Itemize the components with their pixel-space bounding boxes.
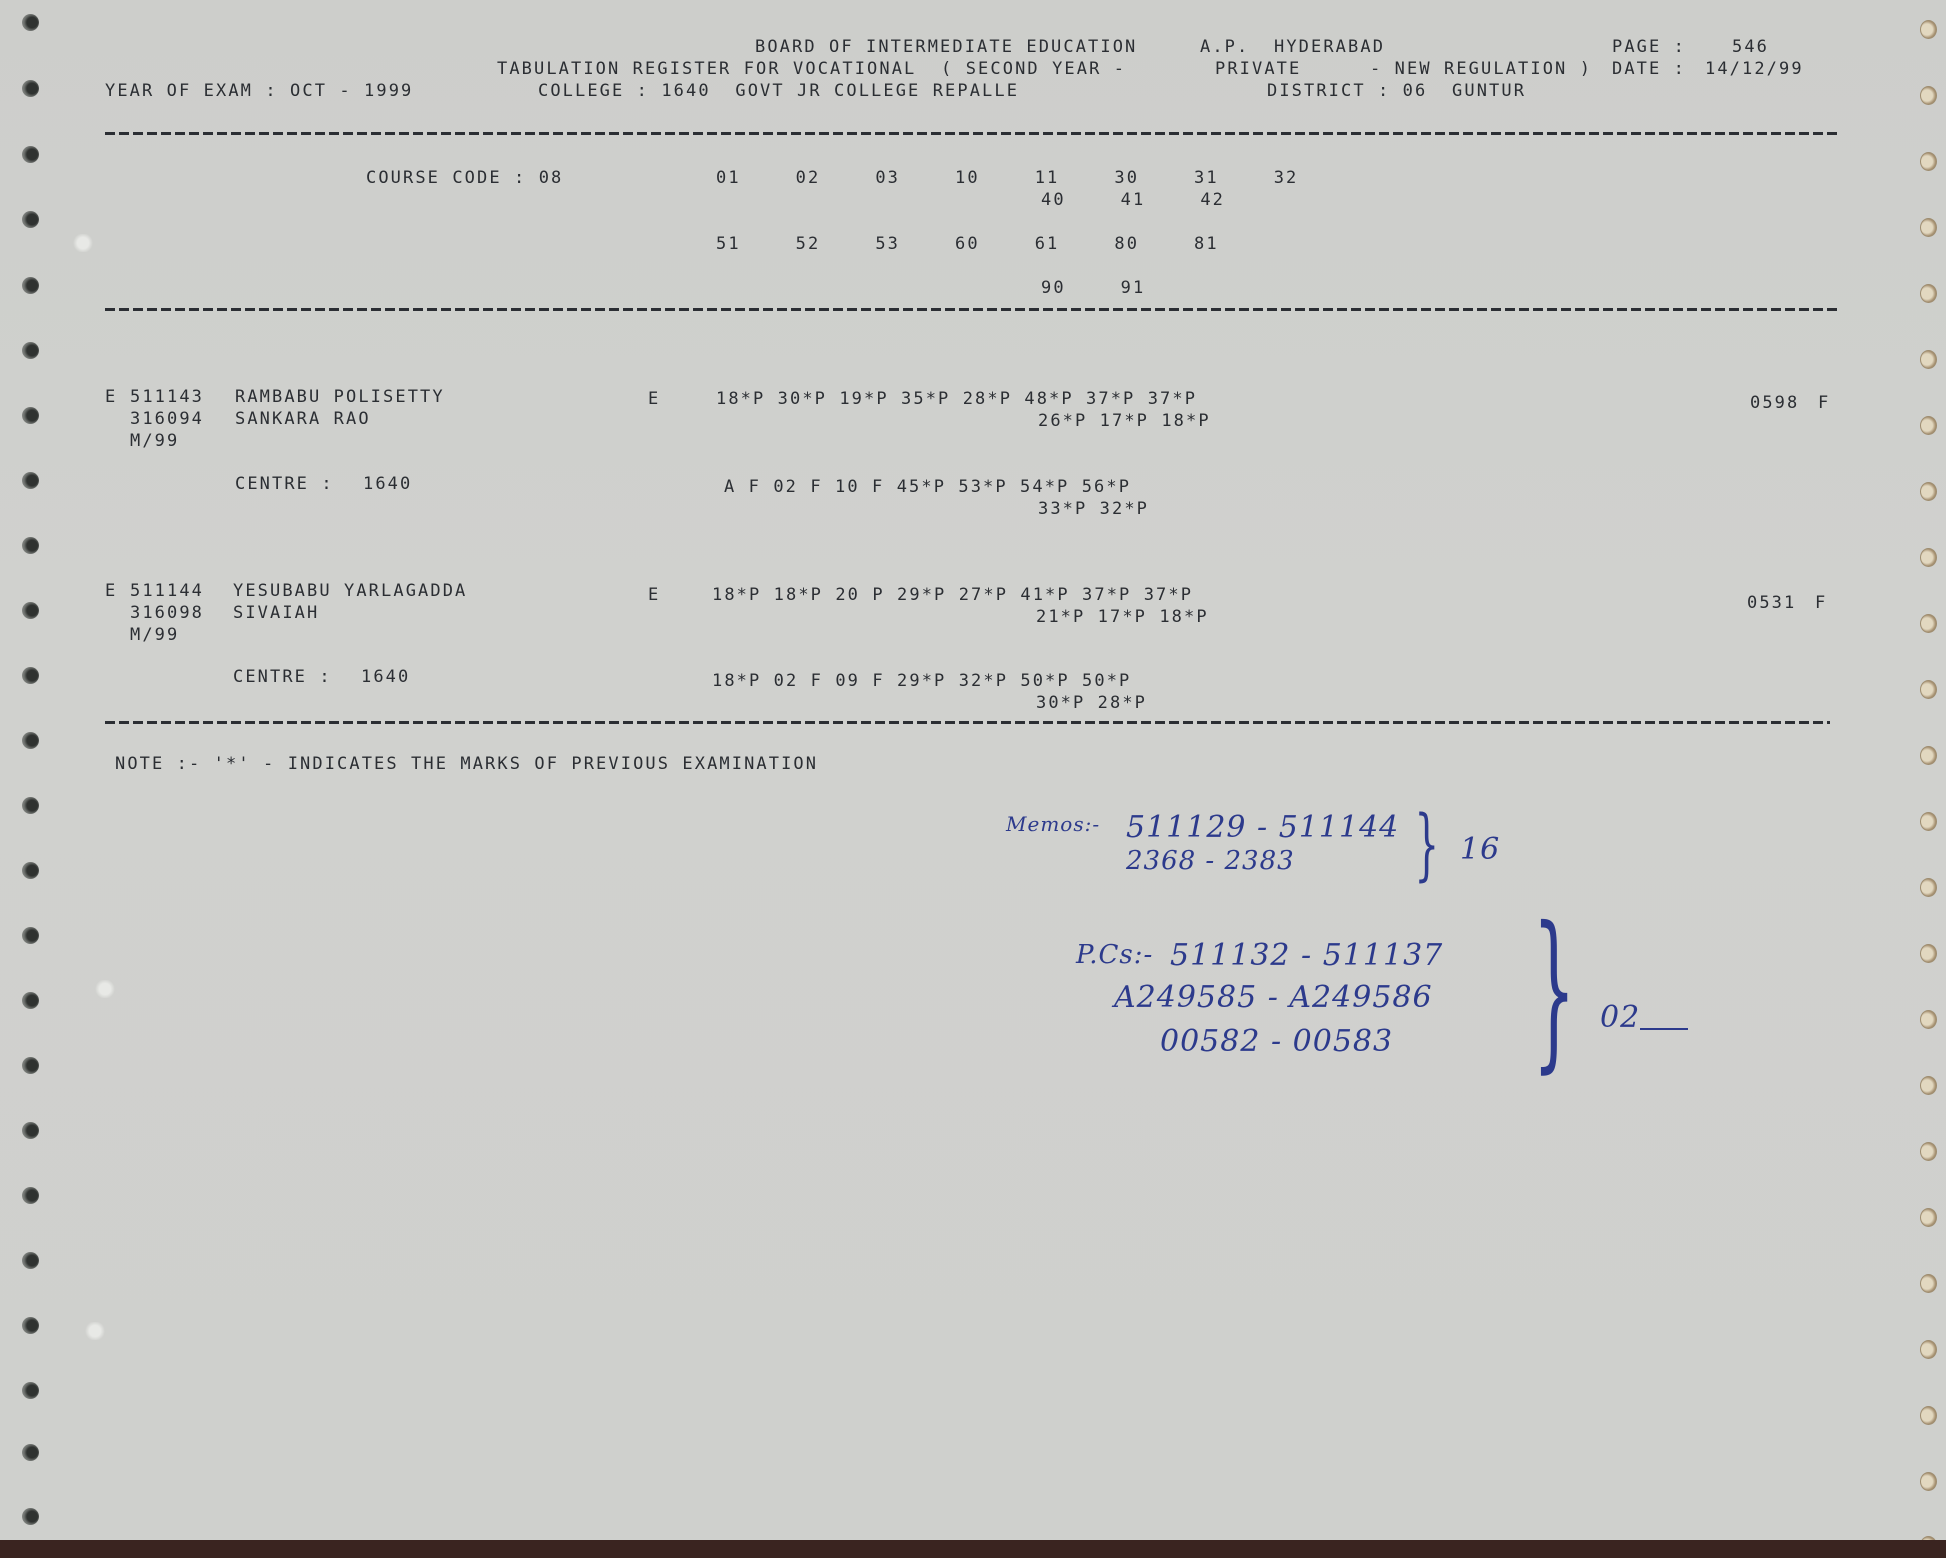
father-name: SANKARA RAO [235,408,371,430]
pcs-underline [1640,1028,1688,1030]
feed-hole-icon [22,602,39,619]
divider-bottom [105,721,1830,724]
session: M/99 [130,624,179,646]
feed-hole-icon [1920,746,1937,765]
divider-course [105,308,1840,311]
feed-hole-icon [1920,416,1937,435]
marks-row-2b: 33*P 32*P [1038,498,1149,520]
memos-label: Memos:- [1006,812,1100,836]
marks-row-1: 18*P 30*P 19*P 35*P 28*P 48*P 37*P 37*P [716,388,1197,410]
feed-hole-icon [1920,548,1937,567]
feed-hole-icon [22,277,39,294]
feed-hole-icon [1920,944,1937,963]
district-info: DISTRICT : 06 GUNTUR [1267,80,1526,102]
feed-hole-icon [22,1057,39,1074]
registration-number: 316094 [130,408,204,430]
memos-range-1: 511129 - 511144 [1126,810,1399,845]
feed-hole-icon [22,797,39,814]
feed-hole-icon [22,146,39,163]
board-location: A.P. HYDERABAD [1200,36,1385,58]
feed-hole-icon [1920,86,1937,105]
marks-row-2b: 30*P 28*P [1036,692,1147,714]
memos-brace-icon: } [1414,800,1439,890]
memos-range-2: 2368 - 2383 [1126,846,1295,876]
print-date: 14/12/99 [1705,58,1804,80]
course-code-label: COURSE CODE : 08 [366,167,563,189]
feed-hole-icon [1920,614,1937,633]
feed-hole-icon [22,862,39,879]
record-prefix: E [105,580,117,602]
feed-hole-icon [22,1187,39,1204]
desk-surface [0,1540,1946,1558]
feed-hole-icon [22,211,39,228]
feed-hole-icon [22,1252,39,1269]
feed-hole-icon [1920,1340,1937,1359]
result-status: F [1818,392,1830,414]
subject-codes-row-1: 01 02 03 10 11 30 31 32 [716,167,1298,189]
hall-ticket-number: 511144 [130,580,204,602]
feed-hole-icon [22,992,39,1009]
marks-row-2: A F 02 F 10 F 45*P 53*P 54*P 56*P [724,476,1131,498]
feed-hole-icon [1920,20,1937,39]
feed-hole-icon [22,1382,39,1399]
feed-hole-icon [1920,350,1937,369]
paper-puncture [72,234,94,252]
pcs-range-3: 00582 - 00583 [1160,1024,1393,1059]
feed-hole-icon [22,1508,39,1525]
centre-label: CENTRE : [233,666,332,688]
feed-hole-icon [22,1444,39,1461]
subject-codes-row-3: 90 91 [1041,277,1145,299]
registration-number: 316098 [130,602,204,624]
feed-hole-icon [22,1122,39,1139]
pcs-range-2: A249585 - A249586 [1114,980,1433,1015]
medium: E [648,584,660,606]
divider-top [105,132,1840,135]
feed-hole-icon [1920,1274,1937,1293]
result-status: F [1815,592,1827,614]
page-number: 546 [1732,36,1769,58]
marks-row-1: 18*P 18*P 20 P 29*P 27*P 41*P 37*P 37*P [712,584,1193,606]
feed-hole-icon [1920,284,1937,303]
feed-hole-icon [1920,878,1937,897]
feed-hole-icon [22,407,39,424]
feed-hole-icon [1920,812,1937,831]
paper-puncture [84,1322,106,1340]
medium: E [648,388,660,410]
subject-codes-row-1b: 40 41 42 [1041,189,1225,211]
total-marks: 0531 [1747,592,1796,614]
paper-puncture [94,980,116,998]
centre-code: 1640 [363,473,412,495]
year-of-exam: YEAR OF EXAM : OCT - 1999 [105,80,413,102]
feed-hole-icon [1920,1142,1937,1161]
pcs-label: P.Cs:- [1076,940,1153,970]
record-prefix: E [105,386,117,408]
feed-hole-icon [22,1317,39,1334]
feed-hole-icon [1920,1208,1937,1227]
feed-hole-icon [1920,482,1937,501]
feed-hole-icon [1920,218,1937,237]
tabulation-register-sheet: BOARD OF INTERMEDIATE EDUCATION A.P. HYD… [0,0,1946,1540]
pcs-range-1: 511132 - 511137 [1170,938,1443,973]
page-label: PAGE : [1612,36,1686,58]
feed-hole-icon [22,342,39,359]
subject-codes-row-2: 51 52 53 60 61 80 81 [716,233,1219,255]
father-name: SIVAIAH [233,602,319,624]
feed-hole-icon [1920,152,1937,171]
feed-hole-icon [22,927,39,944]
register-title: TABULATION REGISTER FOR VOCATIONAL ( SEC… [497,58,1126,80]
feed-hole-icon [22,14,39,31]
hall-ticket-number: 511143 [130,386,204,408]
feed-hole-icon [22,667,39,684]
board-title: BOARD OF INTERMEDIATE EDUCATION [755,36,1137,58]
feed-hole-icon [1920,1010,1937,1029]
feed-hole-icon [22,537,39,554]
student-name: RAMBABU POLISETTY [235,386,445,408]
footnote: NOTE :- '*' - INDICATES THE MARKS OF PRE… [115,753,818,775]
feed-hole-icon [22,472,39,489]
centre-label: CENTRE : [235,473,334,495]
feed-hole-icon [1920,1472,1937,1491]
feed-hole-icon [22,80,39,97]
marks-row-1b: 21*P 17*P 18*P [1036,606,1209,628]
total-marks: 0598 [1750,392,1799,414]
pcs-brace-icon: } [1532,905,1575,1075]
feed-hole-icon [1920,1076,1937,1095]
marks-row-2: 18*P 02 F 09 F 29*P 32*P 50*P 50*P [712,670,1131,692]
pcs-count: 02 [1600,1000,1640,1035]
regulation: - NEW REGULATION ) [1370,58,1592,80]
exam-category: PRIVATE [1215,58,1301,80]
memos-count: 16 [1460,832,1500,867]
date-label: DATE : [1612,58,1686,80]
feed-hole-icon [1920,680,1937,699]
feed-hole-icon [22,732,39,749]
college-info: COLLEGE : 1640 GOVT JR COLLEGE REPALLE [538,80,1019,102]
centre-code: 1640 [361,666,410,688]
feed-hole-icon [1920,1406,1937,1425]
student-name: YESUBABU YARLAGADDA [233,580,467,602]
marks-row-1b: 26*P 17*P 18*P [1038,410,1211,432]
session: M/99 [130,430,179,452]
